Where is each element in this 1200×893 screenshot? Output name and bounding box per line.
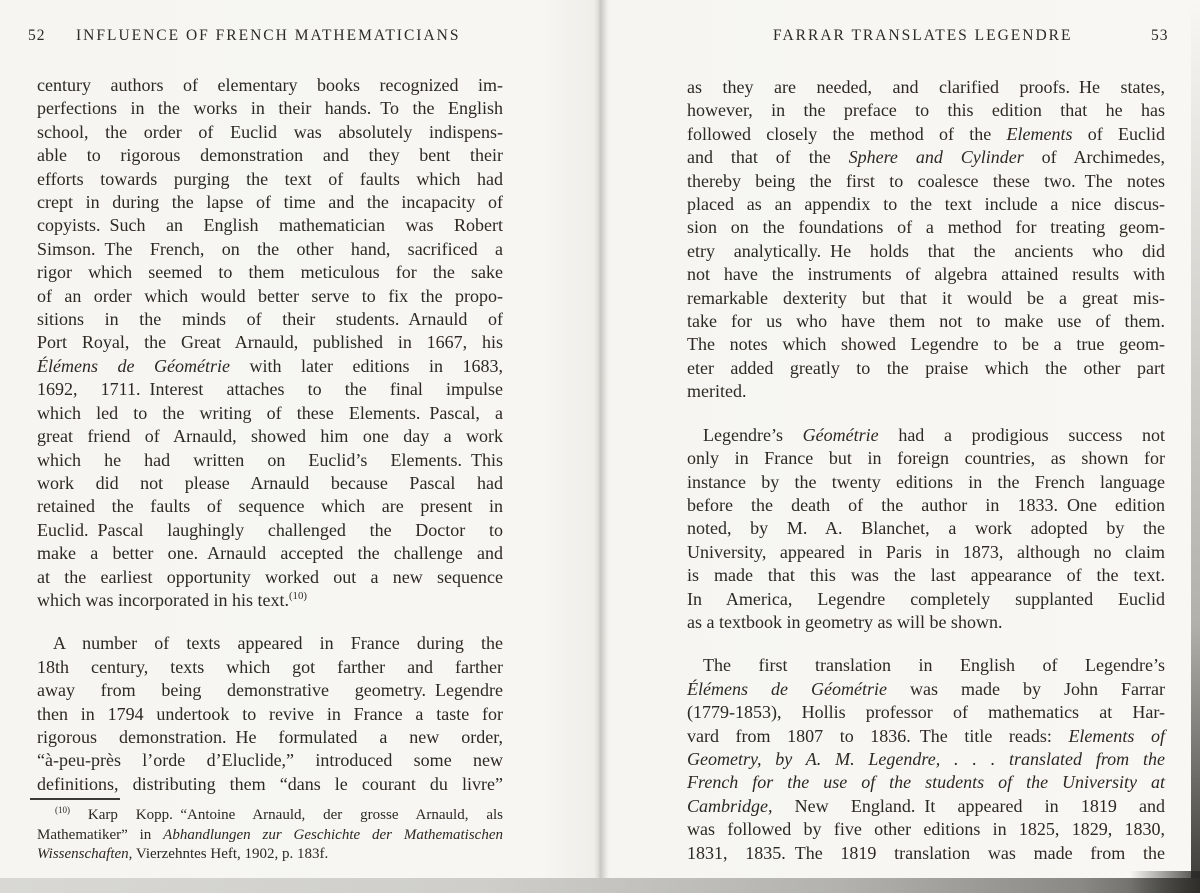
text-line: The notes which showed Legendre to be a … [687,333,1165,356]
text-segment: vard from 1807 to 1836. The title reads: [687,726,1068,746]
text-line: Wissenschaften, Vierzehntes Heft, 1902, … [37,845,503,865]
text-line: (1779-1853), Hollis professor of mathema… [687,701,1165,724]
text-segment: Karp Kopp. “Antoine Arnauld, der grosse … [70,807,503,823]
text-segment: , Vierzehntes Heft, 1902, p. 183f. [129,846,329,862]
text-segment: remarkable dexterity but that it would b… [687,288,1165,308]
text-line: copyists. Such an English mathematician … [37,214,503,237]
paragraph: (10) Karp Kopp. “Antoine Arnauld, der gr… [37,806,503,865]
text-line: then in 1794 undertook to revive in Fran… [37,703,503,726]
text-line: is made that this was the last appearanc… [687,564,1165,587]
text-line: Port Royal, the Great Arnauld, published… [37,331,503,354]
text-segment: at the earliest opportunity worked out a… [37,567,503,587]
text-line: In America, Legendre completely supplant… [687,588,1165,611]
text-segment: only in France but in foreign countries,… [687,448,1165,468]
text-segment: eter added greatly to the praise which t… [687,358,1165,378]
text-segment: French for the use of the students of th… [687,772,1165,792]
text-line: noted, by M. A. Blanchet, a work adopted… [687,517,1165,540]
text-segment: not have the instruments of algebra atta… [687,264,1165,284]
text-segment: as a textbook in geometry as will be sho… [687,612,1002,632]
text-line: great friend of Arnauld, showed him one … [37,425,503,448]
text-line: Simson. The French, on the other hand, s… [37,238,503,261]
text-segment: of Euclid [1073,124,1166,144]
text-segment: perfections in the works in their hands.… [37,98,503,118]
text-segment: placed as an appendix to the text includ… [687,194,1165,214]
text-line: Geometry, by A. M. Legendre, . . . trans… [687,748,1165,771]
text-line: definitions, distributing them “dans le … [37,773,503,796]
text-line: placed as an appendix to the text includ… [687,193,1165,216]
text-segment: work did not please Arnauld because Pasc… [37,473,503,493]
text-segment: instance by the twenty editions in the F… [687,472,1165,492]
text-segment: Elements of [1068,726,1165,746]
text-segment: Port Royal, the Great Arnauld, published… [37,332,503,352]
text-segment: rigorous demonstration. He formulated a … [37,727,503,747]
text-segment: University, appeared in Paris in 1873, a… [687,542,1165,562]
footnote-rule [30,798,120,800]
page-53-body: as they are needed, and clarified proofs… [687,76,1165,865]
footnote-marker: (10) [55,805,70,815]
text-segment: (1779-1853), Hollis professor of mathema… [687,702,1165,722]
running-title-right: FARRAR TRANSLATES LEGENDRE [773,27,1072,45]
text-line: rigor which seemed to them meticulous fo… [37,261,503,284]
text-segment: Elements [1007,124,1073,144]
text-segment: then in 1794 undertook to revive in Fran… [37,704,503,724]
text-segment: was followed by five other editions in 1… [687,819,1165,839]
text-segment: however, in the preface to this edition … [687,100,1165,120]
text-line: make a better one. Arnauld accepted the … [37,542,503,565]
text-line: merited. [687,380,1165,403]
text-line: however, in the preface to this edition … [687,99,1165,122]
text-segment: 18th century, texts which got farther an… [37,657,503,677]
text-line: University, appeared in Paris in 1873, a… [687,541,1165,564]
text-line: and that of the Sphere and Cylinder of A… [687,146,1165,169]
footnote-marker: (10) [289,590,307,602]
text-segment: Mathematiker” in [37,827,163,843]
text-line: Mathematiker” in Abhandlungen zur Geschi… [37,826,503,846]
text-segment: thereby being the first to coalesce thes… [687,171,1165,191]
text-segment: Simson. The French, on the other hand, s… [37,239,503,259]
text-segment: definitions, distributing them “dans le … [37,774,503,794]
text-line: as they are needed, and clarified proofs… [687,76,1165,99]
text-segment: which he had written on Euclid’s Element… [37,450,503,470]
text-line: perfections in the works in their hands.… [37,97,503,120]
text-segment: Wissenschaften [37,846,129,862]
page-number-left: 52 [28,27,46,45]
text-segment: noted, by M. A. Blanchet, a work adopted… [687,518,1165,538]
text-segment: was made by John Farrar [887,679,1165,699]
text-segment: efforts towards purging the text of faul… [37,169,503,189]
text-segment: school, the order of Euclid was absolute… [37,122,503,142]
text-line: followed closely the method of the Eleme… [687,123,1165,146]
text-line: 1692, 1711. Interest attaches to the fin… [37,378,503,401]
text-line: eter added greatly to the praise which t… [687,357,1165,380]
text-line: sion on the foundations of a method for … [687,216,1165,239]
text-line: school, the order of Euclid was absolute… [37,121,503,144]
text-segment: Euclid. Pascal laughingly challenged the… [37,520,503,540]
text-line: The first translation in English of Lege… [687,654,1165,677]
text-line: “à-peu-près l’orde d’Eluclide,” introduc… [37,749,503,772]
text-segment: of an order which would better serve to … [37,286,503,306]
text-line: rigorous demonstration. He formulated a … [37,726,503,749]
text-segment: able to rigorous demonstration and they … [37,145,503,165]
text-segment: Élémens de Géométrie [37,356,230,376]
text-segment: “à-peu-près l’orde d’Eluclide,” introduc… [37,750,503,770]
text-segment: Legendre’s [703,425,803,445]
text-line: Élémens de Géométrie was made by John Fa… [687,678,1165,701]
text-segment: away from being demonstrative geometry. … [37,680,503,700]
text-segment: before the death of the author in 1833. … [687,495,1165,515]
text-segment: Sphere and Cylinder [849,147,1024,167]
text-segment: New England. It appeared in 1819 and [773,796,1166,816]
text-segment: which led to the writing of these Elemen… [37,403,503,423]
text-segment: sitions in the minds of their students. … [37,309,503,329]
text-segment: The first translation in English of Lege… [703,655,1165,675]
page-52-header: 52 INFLUENCE OF FRENCH MATHEMATICIANS [0,0,600,60]
text-segment: 1831, 1835. The 1819 translation was mad… [687,843,1165,863]
text-line: 1831, 1835. The 1819 translation was mad… [687,842,1165,865]
paragraph: century authors of elementary books reco… [37,74,503,612]
text-line: century authors of elementary books reco… [37,74,503,97]
book-spread: 52 INFLUENCE OF FRENCH MATHEMATICIANS ce… [0,0,1200,893]
paragraph: The first translation in English of Lege… [687,654,1165,865]
text-line: which was incorporated in his text.(10) [37,589,503,612]
text-segment: merited. [687,381,746,401]
text-line: Élémens de Géométrie with later editions… [37,355,503,378]
text-line: Cambridge, New England. It appeared in 1… [687,795,1165,818]
paragraph: as they are needed, and clarified proofs… [687,76,1165,404]
text-line: at the earliest opportunity worked out a… [37,566,503,589]
text-line: instance by the twenty editions in the F… [687,471,1165,494]
text-segment: century authors of elementary books reco… [37,75,503,95]
text-segment: is made that this was the last appearanc… [687,565,1165,585]
text-segment: crept in during the lapse of time and th… [37,192,503,212]
page-52-body: century authors of elementary books reco… [37,74,503,796]
text-line: retained the faults of sequence which ar… [37,495,503,518]
text-line: which he had written on Euclid’s Element… [37,449,503,472]
text-line: (10) Karp Kopp. “Antoine Arnauld, der gr… [37,806,503,826]
paragraph: A number of texts appeared in France dur… [37,632,503,796]
text-line: vard from 1807 to 1836. The title reads:… [687,725,1165,748]
text-line: efforts towards purging the text of faul… [37,168,503,191]
text-segment: Géométrie [803,425,879,445]
text-segment: make a better one. Arnauld accepted the … [37,543,503,563]
running-title-left: INFLUENCE OF FRENCH MATHEMATICIANS [76,27,460,45]
text-line: work did not please Arnauld because Pasc… [37,472,503,495]
text-line: crept in during the lapse of time and th… [37,191,503,214]
text-line: away from being demonstrative geometry. … [37,679,503,702]
text-segment: The notes which showed Legendre to be a … [687,334,1165,354]
page-53-header: FARRAR TRANSLATES LEGENDRE 53 [600,0,1200,60]
text-segment: with later editions in 1683, [230,356,503,376]
text-line: only in France but in foreign countries,… [687,447,1165,470]
page-52: 52 INFLUENCE OF FRENCH MATHEMATICIANS ce… [0,0,600,893]
text-line: remarkable dexterity but that it would b… [687,287,1165,310]
text-segment: In America, Legendre completely supplant… [687,589,1165,609]
text-line: 18th century, texts which got farther an… [37,656,503,679]
text-segment: great friend of Arnauld, showed him one … [37,426,503,446]
text-line: before the death of the author in 1833. … [687,494,1165,517]
text-segment: copyists. Such an English mathematician … [37,215,503,235]
text-segment: Élémens de Géométrie [687,679,887,699]
text-segment: rigor which seemed to them meticulous fo… [37,262,503,282]
text-segment: followed closely the method of the [687,124,1007,144]
text-line: Euclid. Pascal laughingly challenged the… [37,519,503,542]
text-line: A number of texts appeared in France dur… [37,632,503,655]
text-segment: 1692, 1711. Interest attaches to the fin… [37,379,503,399]
text-segment: A number of texts appeared in France dur… [53,633,503,653]
text-segment: of Archimedes, [1024,147,1165,167]
text-line: sitions in the minds of their students. … [37,308,503,331]
page-number-right: 53 [1151,27,1169,45]
text-line: able to rigorous demonstration and they … [37,144,503,167]
text-line: as a textbook in geometry as will be sho… [687,611,1165,634]
text-line: not have the instruments of algebra atta… [687,263,1165,286]
text-segment: retained the faults of sequence which ar… [37,496,503,516]
footnote: (10) Karp Kopp. “Antoine Arnauld, der gr… [37,806,503,865]
text-segment: had a prodigious success not [879,425,1165,445]
text-line: etry analytically. He holds that the anc… [687,240,1165,263]
text-segment: and that of the [687,147,849,167]
text-segment: take for us who have them not to make us… [687,311,1165,331]
text-segment: Geometry, by A. M. Legendre, . . . trans… [687,749,1165,769]
page-53: FARRAR TRANSLATES LEGENDRE 53 as they ar… [600,0,1200,893]
text-segment: etry analytically. He holds that the anc… [687,241,1165,261]
text-line: French for the use of the students of th… [687,771,1165,794]
text-line: Legendre’s Géométrie had a prodigious su… [687,424,1165,447]
text-segment: Abhandlungen zur Geschichte der Mathemat… [163,827,503,843]
paragraph: Legendre’s Géométrie had a prodigious su… [687,424,1165,635]
text-line: was followed by five other editions in 1… [687,818,1165,841]
text-segment: which was incorporated in his text. [37,590,289,610]
text-line: take for us who have them not to make us… [687,310,1165,333]
text-segment: sion on the foundations of a method for … [687,217,1165,237]
text-line: which led to the writing of these Elemen… [37,402,503,425]
text-segment: as they are needed, and clarified proofs… [687,77,1165,97]
text-segment: Cambridge, [687,796,773,816]
text-line: of an order which would better serve to … [37,285,503,308]
text-line: thereby being the first to coalesce thes… [687,170,1165,193]
